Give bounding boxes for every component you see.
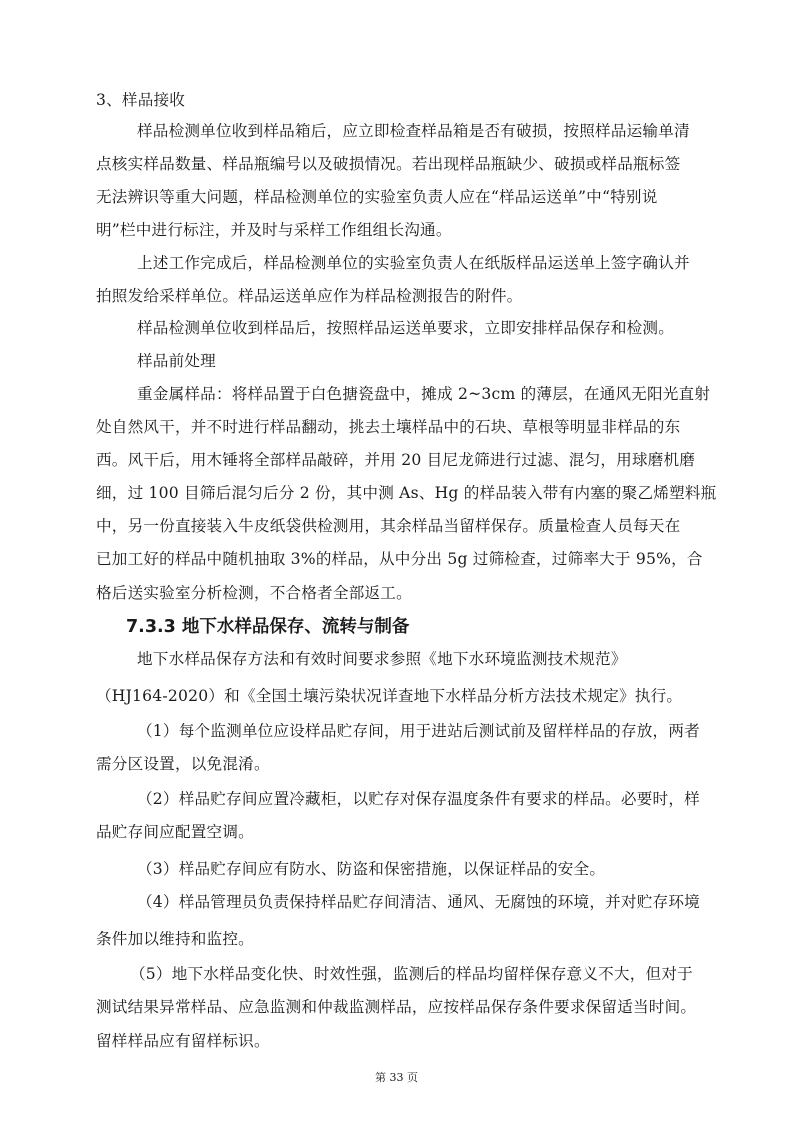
paragraph-line: 重金属样品：将样品置于白色搪瓷盘中，摊成 2~3cm 的薄层，在通风无阳光直射 xyxy=(137,384,710,404)
paragraph-line: 处自然风干，并不时进行样品翻动，挑去土壤样品中的石块、草根等明显非样品的东 xyxy=(96,417,680,437)
paragraph-line: 无法辨识等重大问题，样品检测单位的实验室负责人应在“样品运送单”中“特别说 xyxy=(96,187,658,207)
paragraph-line: 已加工好的样品中随机抽取 3%的样品，从中分出 5g 过筛检查，过筛率大于 95… xyxy=(96,549,703,569)
list-item-line: （5）地下水样品变化快、时效性强，监测后的样品均留样保存意义不大，但对于 xyxy=(130,964,693,984)
paragraph-line: 点核实样品数量、样品瓶编号以及破损情况。若出现样品瓶缺少、破损或样品瓶标签 xyxy=(96,154,680,174)
paragraph-line: 格后送实验室分析检测，不合格者全部返工。 xyxy=(96,583,412,603)
list-item-line: 条件加以维持和监控。 xyxy=(96,929,254,949)
paragraph-line: 细，过 100 目筛后混匀后分 2 份，其中测 As、Hg 的样品装入带有内塞的… xyxy=(96,483,716,503)
list-item-line: （2）样品贮存间应置冷藏柜，以贮存对保存温度条件有要求的样品。必要时，样 xyxy=(137,789,700,809)
item-title-sample-receipt: 3、样品接收 xyxy=(96,90,185,110)
list-item-line: （4）样品管理员负责保持样品贮存间清洁、通风、无腐蚀的环境，并对贮存环境 xyxy=(137,892,700,912)
paragraph-line: 拍照发给采样单位。样品运送单应作为样品检测报告的附件。 xyxy=(96,286,522,306)
paragraph-line: 西。风干后，用木锤将全部样品敲碎，并用 20 目尼龙筛进行过滤、混匀，用球磨机磨 xyxy=(96,450,695,470)
list-item-line: 需分区设置，以免混淆。 xyxy=(96,754,270,774)
subsection-title: 样品前处理 xyxy=(137,351,216,371)
paragraph-line: 明”栏中进行标注，并及时与采样工作组组长沟通。 xyxy=(96,220,452,240)
document-page: 3、样品接收 样品检测单位收到样品箱后，应立即检查样品箱是否有破损，按照样品运输… xyxy=(0,0,793,1122)
list-item-line: （3）样品贮存间应有防水、防盗和保密措施，以保证样品的安全。 xyxy=(137,859,605,879)
paragraph-line: 样品检测单位收到样品箱后，应立即检查样品箱是否有破损，按照样品运输单清 xyxy=(137,121,690,141)
paragraph-line: 地下水样品保存方法和有效时间要求参照《地下水环境监测技术规范》 xyxy=(137,649,627,669)
paragraph-line: 样品检测单位收到样品后，按照样品运送单要求，立即安排样品保存和检测。 xyxy=(137,318,674,338)
list-item-line: 测试结果异常样品、应急监测和仲裁监测样品，应按样品保存条件要求保留适当时间。 xyxy=(96,997,696,1017)
list-item-line: （1）每个监测单位应设样品贮存间，用于进站后测试前及留样样品的存放，两者 xyxy=(137,721,700,741)
paragraph-line: （HJ164-2020）和《全国土壤污染状况详查地下水样品分析方法技术规定》执行… xyxy=(96,686,682,706)
paragraph-line: 中，另一份直接装入牛皮纸袋供检测用，其余样品当留样保存。质量检查人员每天在 xyxy=(96,516,680,536)
page-number: 第 33 页 xyxy=(0,1069,793,1085)
section-heading: 7.3.3 地下水样品保存、流转与制备 xyxy=(126,616,409,638)
list-item-line: 品贮存间应配置空调。 xyxy=(96,822,254,842)
paragraph-line: 上述工作完成后，样品检测单位的实验室负责人在纸版样品运送单上签字确认并 xyxy=(137,253,690,273)
list-item-line: 留样样品应有留样标识。 xyxy=(96,1031,270,1051)
